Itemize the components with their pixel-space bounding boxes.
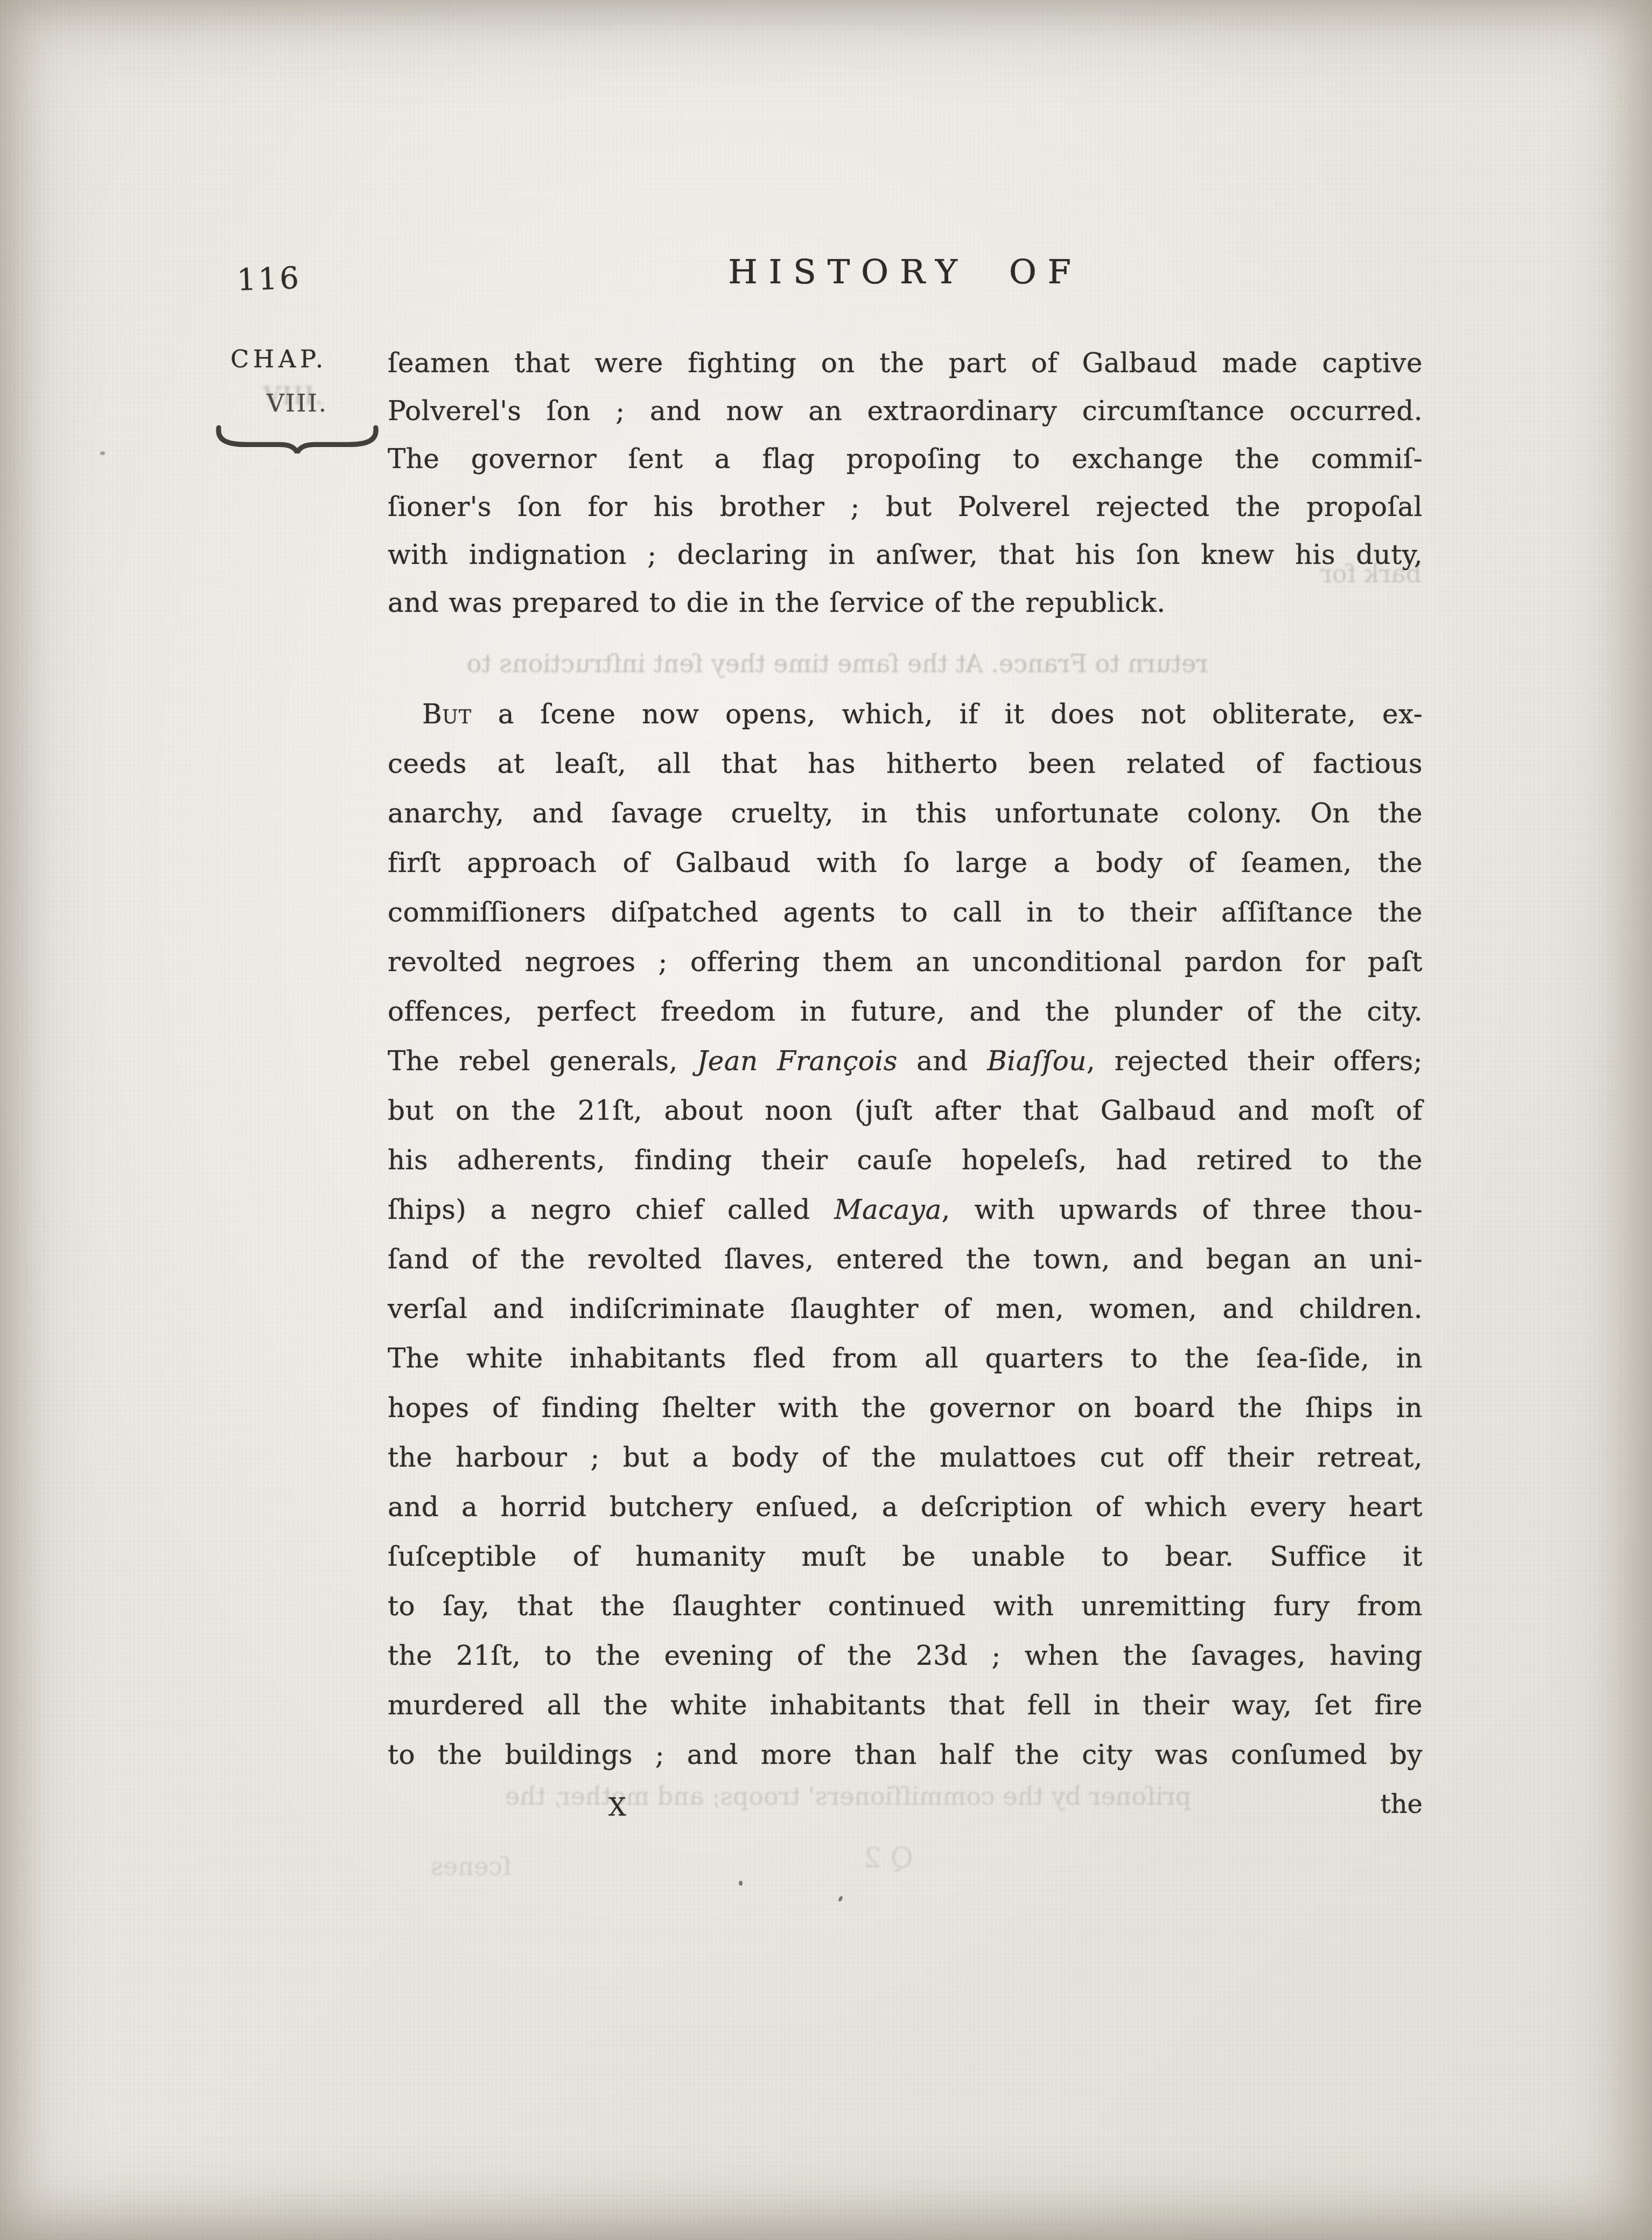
paper-speck [100,451,105,455]
paper-speck [838,1895,844,1902]
bleedthrough-text: ſcenes [393,1852,512,1881]
chapter-label: CHAP. [230,345,327,373]
text-line: with indignation ; declaring in anſwer, … [388,531,1423,579]
lead-capital: B [388,699,442,730]
bleedthrough-text: priſoner by the commiſſioners' troops; a… [377,1782,1319,1811]
text-line: ſeamen that were fighting on the part of… [388,339,1423,387]
paragraph: ſeamen that were fighting on the part of… [388,339,1423,627]
text-line: the harbour ; but a body of the mulattoe… [388,1433,1423,1482]
text-line: The governor ſent a flag propoſing to ex… [388,435,1423,483]
lead-smallcaps: ut [442,699,472,730]
text-segment: ſhips) a negro chief called [388,1194,834,1225]
text-line: verſal and indiſcriminate ſlaughter of m… [388,1284,1423,1334]
text-line: the 21ſt, to the evening of the 23d ; wh… [388,1631,1423,1680]
text-line: ſhips) a negro chief called Macaya, with… [388,1185,1423,1234]
text-line: offences, perfect freedom in future, and… [388,987,1423,1036]
paragraph: But a ſcene now opens, which, if it does… [388,689,1423,1780]
text-line: Polverel's ſon ; and now an extraordinar… [388,387,1423,435]
text-line: but on the 21ſt, about noon (juſt after … [388,1086,1423,1135]
bleedthrough-signature: Q 2 [838,1842,913,1874]
book-page-scan: 116 HISTORY OF CHAP. VIII. return to Fra… [0,0,1652,2240]
text-line: ſioner's ſon for his brother ; but Polve… [388,483,1423,531]
text-line: and was prepared to die in the ſervice o… [388,579,1423,627]
text-line: firſt approach of Galbaud with ſo large … [388,838,1423,888]
chapter-brace-ornament [214,424,380,453]
text-line: to ſay, that the ſlaughter continued wit… [388,1581,1423,1631]
italic-name: Jean François [697,1045,897,1077]
text-segment: , rejected their offers; [1087,1045,1423,1077]
text-line: and a horrid butchery enſued, a deſcript… [388,1482,1423,1532]
text-line: The rebel generals, Jean François and Bi… [388,1036,1423,1086]
page-number: 116 [236,261,302,298]
chapter-numeral: VIII. [233,389,362,417]
italic-name: Biaſſou [987,1045,1087,1077]
text-line: ceeds at leaſt, all that has hitherto be… [388,739,1423,788]
catchword: the [1292,1789,1423,1819]
text-segment: and [898,1045,987,1077]
text-line: ſand of the revolted ſlaves, entered the… [388,1234,1423,1284]
text-line: But a ſcene now opens, which, if it does… [388,689,1423,739]
text-line: revolted negroes ; offering them an unco… [388,937,1423,987]
italic-name: Macaya [834,1194,941,1225]
bleedthrough-text: return to France. At the ſame time they … [393,649,1282,678]
running-title: HISTORY OF [388,252,1423,291]
text-line: murdered all the white inhabitants that … [388,1680,1423,1730]
text-segment: a ſcene now opens, which, if it does not… [472,699,1423,730]
paper-speck [739,1881,743,1886]
text-line: to the buildings ; and more than half th… [388,1730,1423,1780]
text-line: anarchy, and ſavage cruelty, in this unf… [388,788,1423,838]
text-line: ſuſceptible of humanity muſt be unable t… [388,1532,1423,1581]
text-line: hopes of finding ſhelter with the govern… [388,1383,1423,1433]
signature-mark: X [608,1792,626,1822]
text-line: The white inhabitants fled from all quar… [388,1334,1423,1383]
text-line: his adherents, finding their cauſe hopel… [388,1135,1423,1185]
text-line: commiſſioners diſpatched agents to call … [388,888,1423,937]
text-segment: The rebel generals, [388,1045,697,1077]
text-segment: , with upwards of three thou- [942,1194,1423,1225]
